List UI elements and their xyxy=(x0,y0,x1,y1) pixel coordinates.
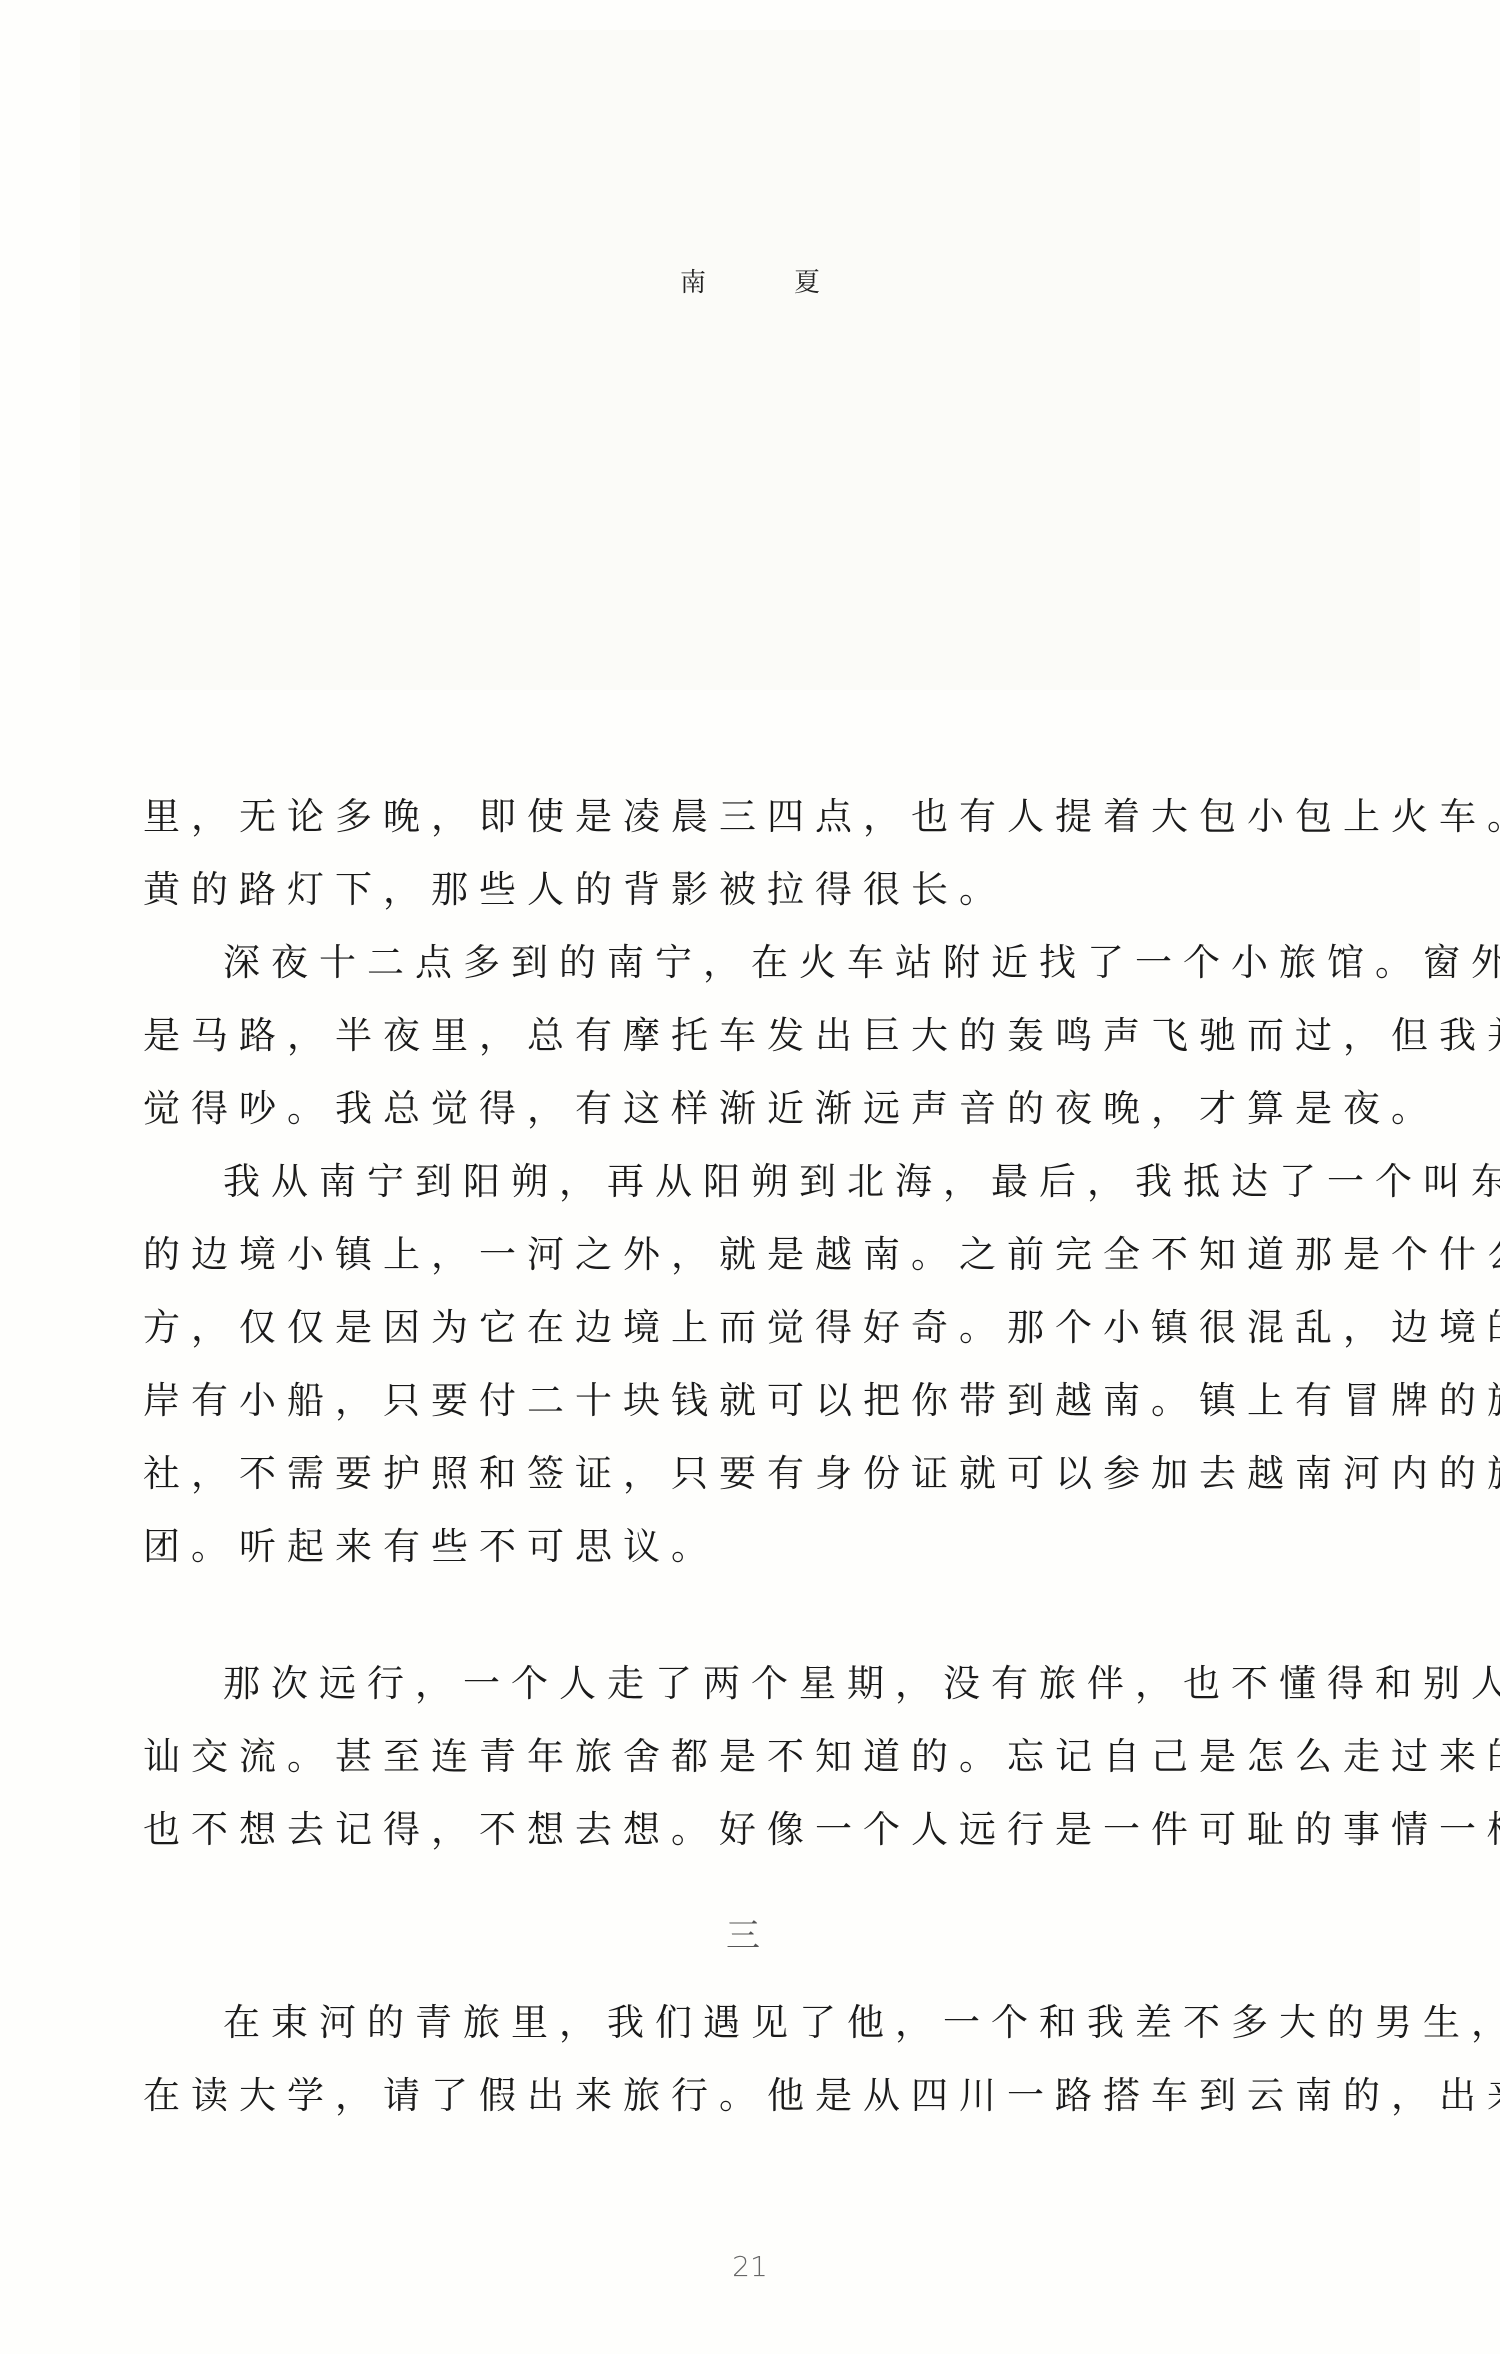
page-number: 21 xyxy=(0,2250,1500,2283)
paragraph-1: 里，无论多晚，即使是凌晨三四点，也有人提着大包小包上火车。昏 黄的路灯下，那些人… xyxy=(143,780,1343,926)
running-header: 南夏 xyxy=(0,262,1500,299)
text-line: 团。听起来有些不可思议。 xyxy=(143,1510,1343,1583)
text-line: 讪交流。甚至连青年旅舍都是不知道的。忘记自己是怎么走过来的， xyxy=(143,1720,1343,1793)
text-line: 也不想去记得，不想去想。好像一个人远行是一件可耻的事情一样。 xyxy=(143,1793,1343,1866)
faint-background-block xyxy=(80,30,1420,690)
paragraph-2: 深夜十二点多到的南宁，在火车站附近找了一个小旅馆。窗外就 是马路，半夜里，总有摩… xyxy=(143,926,1343,1145)
text-line: 那次远行，一个人走了两个星期，没有旅伴，也不懂得和别人搭 xyxy=(143,1647,1343,1720)
text-line: 方，仅仅是因为它在边境上而觉得好奇。那个小镇很混乱，边境的河 xyxy=(143,1291,1343,1364)
text-line: 岸有小船，只要付二十块钱就可以把你带到越南。镇上有冒牌的旅行 xyxy=(143,1364,1343,1437)
text-line: 在读大学，请了假出来旅行。他是从四川一路搭车到云南的，出来快 xyxy=(143,2059,1343,2132)
text-line: 我从南宁到阳朔，再从阳朔到北海，最后，我抵达了一个叫东兴 xyxy=(143,1145,1343,1218)
text-line: 深夜十二点多到的南宁，在火车站附近找了一个小旅馆。窗外就 xyxy=(143,926,1343,999)
header-char-1: 南 xyxy=(680,262,706,299)
text-line: 在束河的青旅里，我们遇见了他，一个和我差不多大的男生，还 xyxy=(143,1986,1343,2059)
paragraph-5: 在束河的青旅里，我们遇见了他，一个和我差不多大的男生，还 在读大学，请了假出来旅… xyxy=(143,1986,1343,2132)
text-line: 社，不需要护照和签证，只要有身份证就可以参加去越南河内的旅行 xyxy=(143,1437,1343,1510)
text-line: 觉得吵。我总觉得，有这样渐近渐远声音的夜晚，才算是夜。 xyxy=(143,1072,1343,1145)
paragraph-3: 我从南宁到阳朔，再从阳朔到北海，最后，我抵达了一个叫东兴 的边境小镇上，一河之外… xyxy=(143,1145,1343,1583)
page-body: 里，无论多晚，即使是凌晨三四点，也有人提着大包小包上火车。昏 黄的路灯下，那些人… xyxy=(143,780,1343,2132)
text-line: 的边境小镇上，一河之外，就是越南。之前完全不知道那是个什么地 xyxy=(143,1218,1343,1291)
text-line: 黄的路灯下，那些人的背影被拉得很长。 xyxy=(143,853,1343,926)
section-spacer xyxy=(143,1583,1343,1647)
section-number: 三 xyxy=(143,1886,1343,1986)
header-char-2: 夏 xyxy=(794,262,820,299)
text-line: 是马路，半夜里，总有摩托车发出巨大的轰鸣声飞驰而过，但我并不 xyxy=(143,999,1343,1072)
text-line: 里，无论多晚，即使是凌晨三四点，也有人提着大包小包上火车。昏 xyxy=(143,780,1343,853)
paragraph-4: 那次远行，一个人走了两个星期，没有旅伴，也不懂得和别人搭 讪交流。甚至连青年旅舍… xyxy=(143,1647,1343,1866)
